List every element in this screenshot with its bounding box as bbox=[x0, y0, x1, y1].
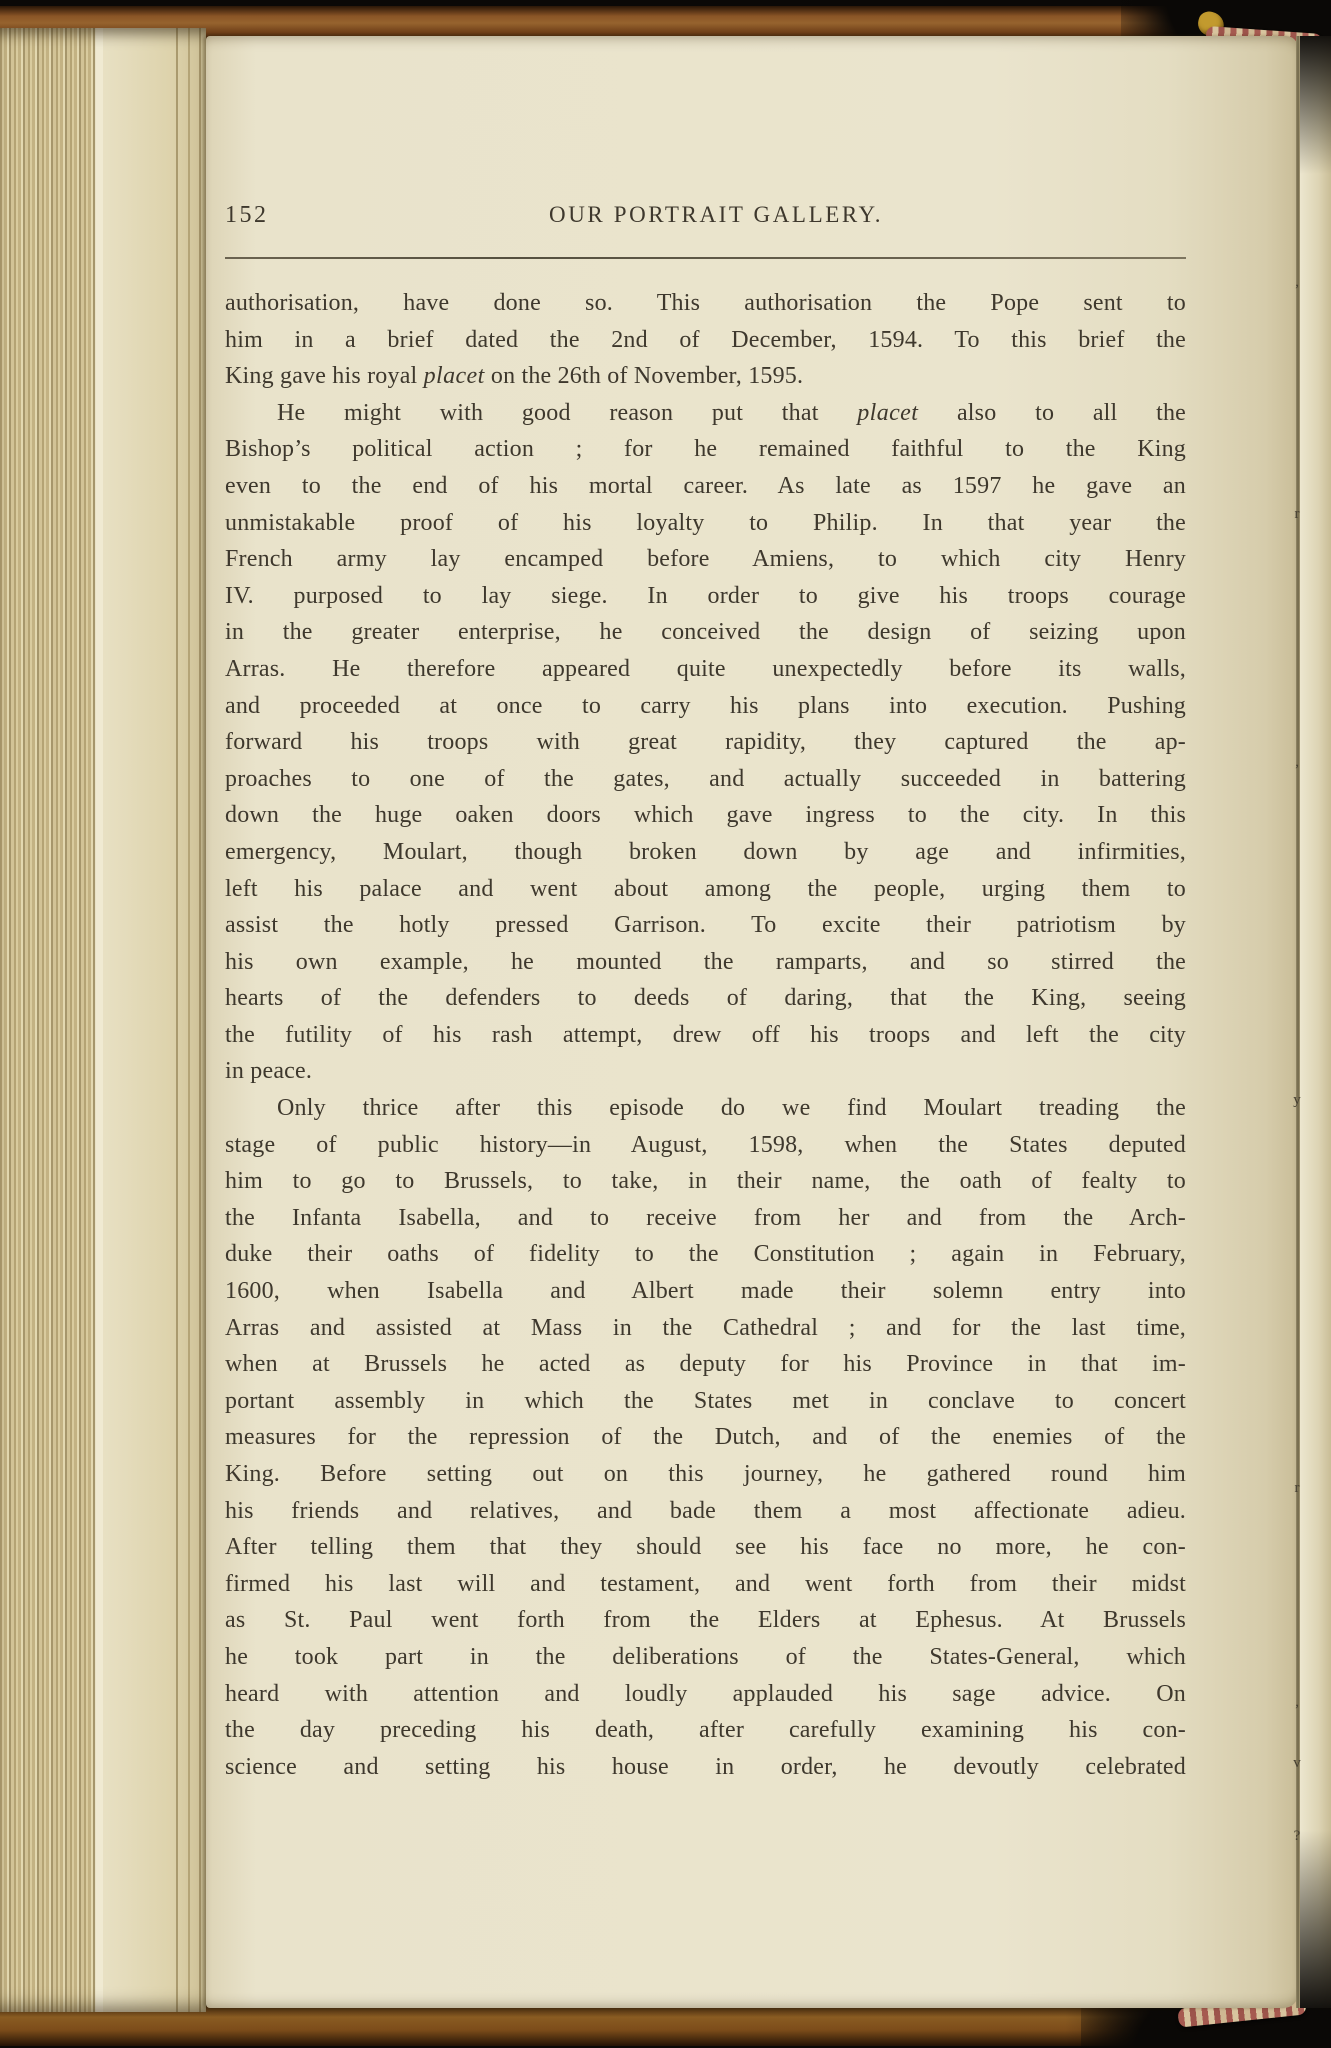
text-line: He might with good reason put that place… bbox=[225, 395, 1186, 432]
text-line: King gave his royal placet on the 26th o… bbox=[225, 358, 1186, 395]
text-line: in the greater enterprise, he conceived … bbox=[225, 614, 1186, 651]
edge-glyph-fragment: ’ bbox=[1290, 282, 1304, 299]
text-line: unmistakable proof of his loyalty to Phi… bbox=[225, 505, 1186, 542]
text-line: left his palace and went about among the… bbox=[225, 871, 1186, 908]
text-line: duke their oaths of fidelity to the Cons… bbox=[225, 1236, 1186, 1273]
text-line: stage of public history—in August, 1598,… bbox=[225, 1127, 1186, 1164]
text-line: French army lay encamped before Amiens, … bbox=[225, 541, 1186, 578]
text-line: forward his troops with great rapidity, … bbox=[225, 724, 1186, 761]
text-line: IV. purposed to lay siege. In order to g… bbox=[225, 578, 1186, 615]
text-line: him in a brief dated the 2nd of December… bbox=[225, 322, 1186, 359]
page-number: 152 bbox=[225, 202, 269, 229]
text-line: King. Before setting out on this journey… bbox=[225, 1456, 1186, 1493]
text-line: his own example, he mounted the ramparts… bbox=[225, 944, 1186, 981]
text-line: assist the hotly pressed Garrison. To ex… bbox=[225, 907, 1186, 944]
text-line: even to the end of his mortal career. As… bbox=[225, 468, 1186, 505]
text-line: After telling them that they should see … bbox=[225, 1529, 1186, 1566]
fore-edge-page-stack bbox=[0, 28, 206, 2012]
text-line: as St. Paul went forth from the Elders a… bbox=[225, 1602, 1186, 1639]
text-line: Arras and assisted at Mass in the Cathed… bbox=[225, 1310, 1186, 1347]
text-line: measures for the repression of the Dutch… bbox=[225, 1419, 1186, 1456]
next-page-edge bbox=[1300, 36, 1331, 2008]
header-rule bbox=[225, 257, 1186, 259]
text-line: portant assembly in which the States met… bbox=[225, 1383, 1186, 1420]
text-line: Only thrice after this episode do we fin… bbox=[225, 1090, 1186, 1127]
text-line: the day preceding his death, after caref… bbox=[225, 1712, 1186, 1749]
scanned-book-photo: 152 OUR PORTRAIT GALLERY. authorisation,… bbox=[0, 0, 1331, 2048]
edge-glyph-fragment: r bbox=[1290, 506, 1304, 523]
edge-glyph-fragment: ? bbox=[1290, 1828, 1304, 1845]
text-line: emergency, Moulart, though broken down b… bbox=[225, 834, 1186, 871]
text-line: Bishop’s political action ; for he remai… bbox=[225, 431, 1186, 468]
edge-glyph-fragment: ’ bbox=[1290, 762, 1304, 779]
text-line: heard with attention and loudly applaude… bbox=[225, 1676, 1186, 1713]
text-line: the futility of his rash attempt, drew o… bbox=[225, 1017, 1186, 1054]
text-line: his friends and relatives, and bade them… bbox=[225, 1493, 1186, 1530]
edge-glyph-fragment: r bbox=[1290, 1480, 1304, 1497]
text-line: him to go to Brussels, to take, in their… bbox=[225, 1163, 1186, 1200]
book-cover-bottom-edge bbox=[0, 2006, 1331, 2046]
edge-glyph-fragment: ’ bbox=[1290, 1702, 1304, 1719]
text-line: 1600, when Isabella and Albert made thei… bbox=[225, 1273, 1186, 1310]
text-line: when at Brussels he acted as deputy for … bbox=[225, 1346, 1186, 1383]
text-line: hearts of the defenders to deeds of dari… bbox=[225, 980, 1186, 1017]
text-line: proaches to one of the gates, and actual… bbox=[225, 761, 1186, 798]
text-line: firmed his last will and testament, and … bbox=[225, 1566, 1186, 1603]
edge-glyph-fragment: y bbox=[1290, 1092, 1304, 1109]
page-body: authorisation, have done so. This author… bbox=[225, 285, 1186, 1785]
text-line: authorisation, have done so. This author… bbox=[225, 285, 1186, 322]
text-line: he took part in the deliberations of the… bbox=[225, 1639, 1186, 1676]
text-line: the Infanta Isabella, and to receive fro… bbox=[225, 1200, 1186, 1237]
text-line: in peace. bbox=[225, 1053, 1186, 1090]
text-line: science and setting his house in order, … bbox=[225, 1749, 1186, 1786]
edge-glyph-fragment: v bbox=[1290, 1755, 1304, 1772]
text-line: down the huge oaken doors which gave ing… bbox=[225, 797, 1186, 834]
running-title: OUR PORTRAIT GALLERY. bbox=[549, 202, 883, 228]
text-line: and proceeded at once to carry his plans… bbox=[225, 688, 1186, 725]
text-line: Arras. He therefore appeared quite unexp… bbox=[225, 651, 1186, 688]
